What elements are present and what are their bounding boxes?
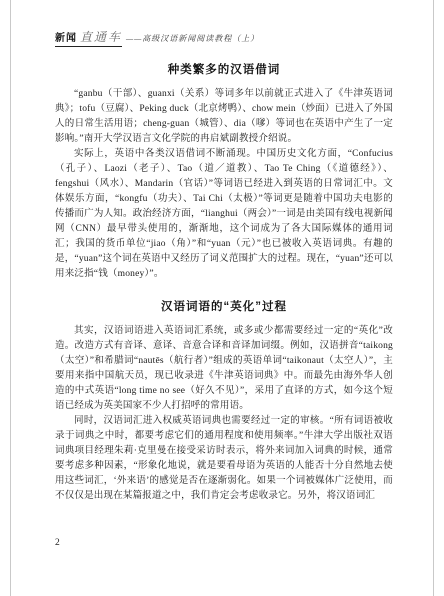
page: 新闻 直通车 ——高级汉语新闻阅读教程（上） 种类繁多的汉语借词 “ganbu（… (55, 28, 393, 504)
paragraph-anglicization-methods: 其实，汉语词语进入英语词汇系统，或多或少都需要经过一定的“英化”改造。改造方式有… (55, 324, 393, 414)
running-head: 新闻 直通车 ——高级汉语新闻阅读教程（上） (55, 28, 393, 47)
page-right-border (433, 0, 434, 596)
book-logo-main: 新闻 (55, 29, 77, 44)
book-logo-script: 直通车 (80, 28, 122, 45)
paragraph-dictionary-review: 同时，汉语词汇进入权威英语词典也需要经过一定的审核。“所有词语被收录于词典之中时… (55, 414, 393, 504)
paragraph-quote-oxford: “ganbu（干部）、guanxi（关系）等词多年以前就正式进入了《牛津英语词典… (55, 87, 393, 147)
book-subtitle: ——高级汉语新闻阅读教程（上） (126, 33, 259, 44)
book-logo: 新闻 直通车 (55, 28, 122, 47)
page-left-border (10, 0, 11, 596)
section-heading-loanwords: 种类繁多的汉语借词 (55, 61, 393, 77)
section-heading-anglicization: 汉语词语的“英化”过程 (55, 298, 393, 314)
page-number: 2 (55, 538, 60, 548)
paragraph-loanword-examples: 实际上，英语中各类汉语借词不断涌现。中国历史文化方面，“Confucius（孔子… (55, 147, 393, 282)
